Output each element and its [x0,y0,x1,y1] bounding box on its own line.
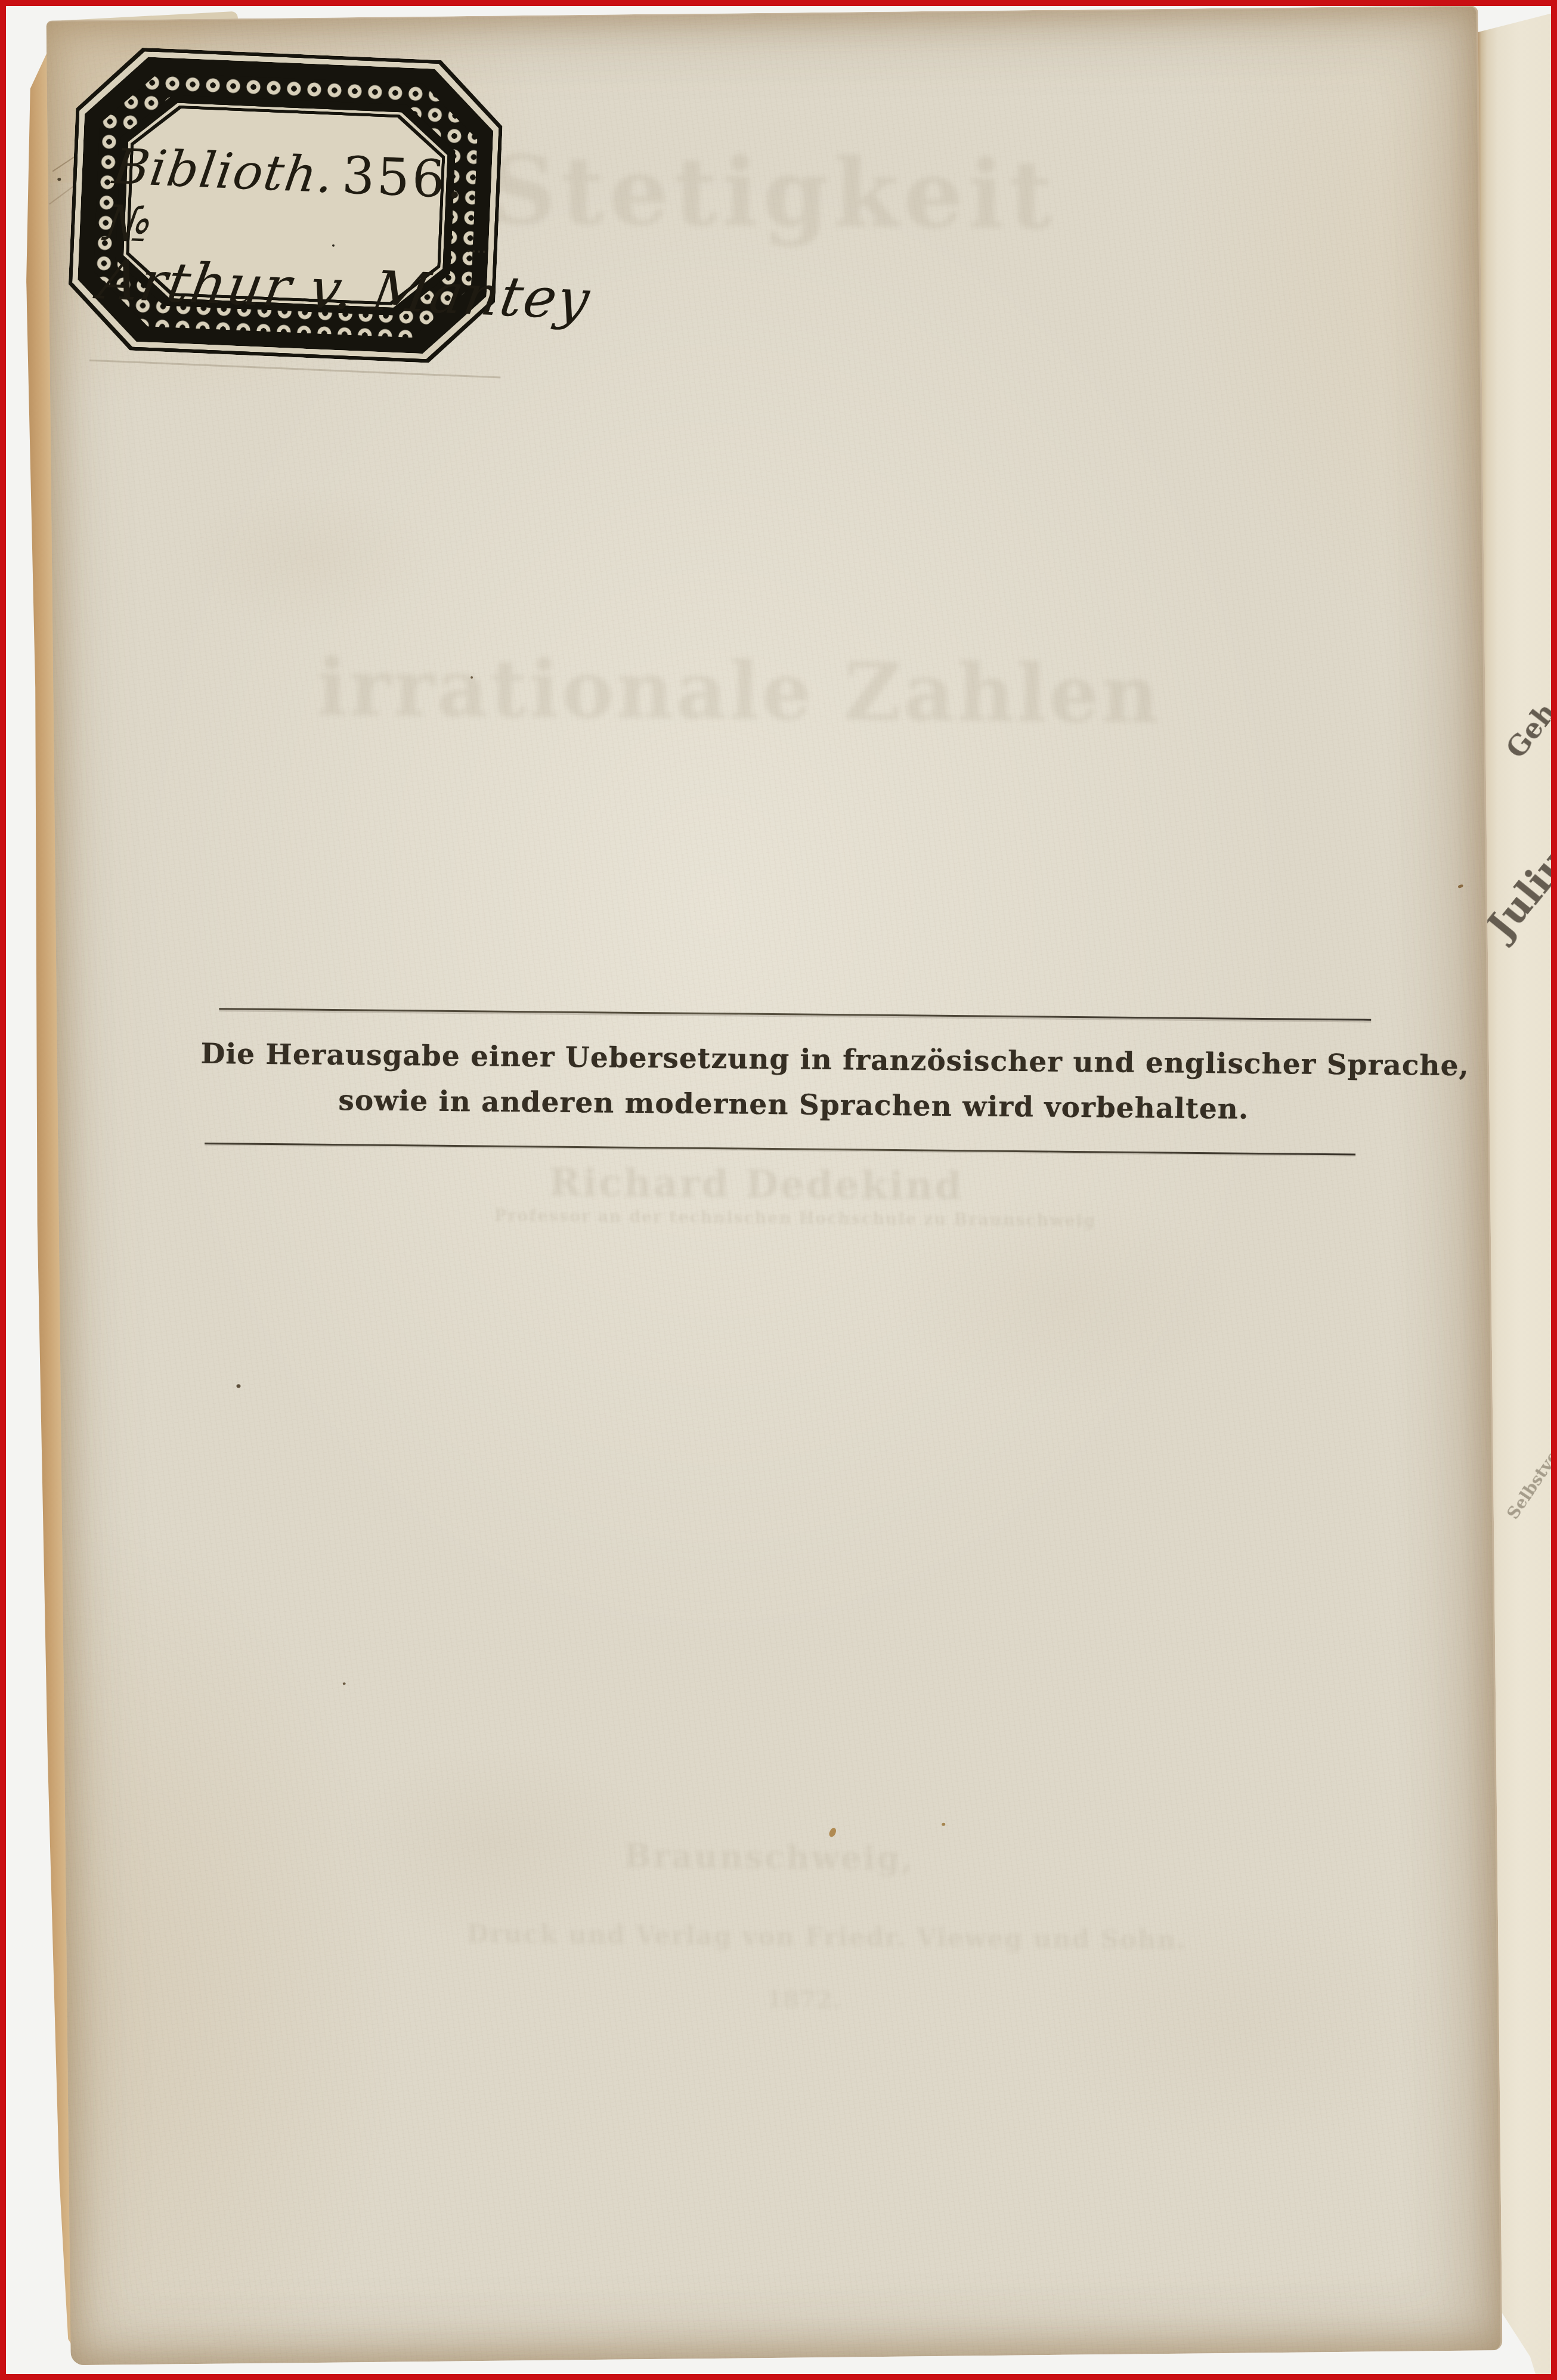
bookplate-shelfmark-row: Biblioth. № 356. [107,136,490,267]
foxing-fleck [1457,884,1463,889]
reservation-notice: Die Herausgabe einer Uebersetzung in fra… [200,1008,1388,1156]
notice-rule-bottom [205,1143,1355,1156]
book-page: Stetigkeit irrationale Zahlen Richard De… [46,5,1502,2365]
ghost-imprint-year: 1872. [766,1985,841,2014]
ink-speck [57,178,61,181]
notice-rule-top [219,1008,1371,1021]
ghost-title-line-1: Stetigkeit [488,135,1058,250]
bookplate-label: Biblioth. № [101,138,338,261]
ghost-imprint-publisher: Druck und Verlag von Friedr. Vieweg und … [467,1919,1187,1955]
adjacent-text-fragment-top: Geh. H [1500,661,1557,765]
bookplate-number: 356. [341,146,467,211]
ink-speck [470,676,473,679]
adjacent-text-fragment-lower: Selbstverlag [1503,1416,1557,1522]
notice-line-1: Die Herausgabe einer Uebersetzung in fra… [200,1038,1387,1082]
bookplate-leader-dots [468,247,485,253]
ghost-imprint-city: Braunschweig, [624,1837,915,1877]
scanned-book-page: { "document": { "kind": "scanned book pa… [0,0,1557,2380]
ink-speck [236,1384,240,1388]
bookplate-leader-dots [332,242,336,247]
notice-line-2: sowie in anderen modernen Sprachen wird … [200,1083,1387,1127]
ghost-affiliation-line: Professor an der technischen Hochschule … [494,1206,1096,1230]
book-leaf: Stetigkeit irrationale Zahlen Richard De… [21,1,1500,2369]
foxing-fleck [942,1823,945,1826]
foxing-fleck [828,1827,837,1838]
ghost-author-line: Richard Dedekind [549,1160,963,1209]
ink-speck [343,1682,346,1685]
ghost-title-line-2: irrationale Zahlen [317,642,1162,741]
adjacent-text-fragment-middle: Julius W [1478,779,1557,948]
bookplate: Biblioth. № 356. Arthur v. Mantey [66,45,505,366]
